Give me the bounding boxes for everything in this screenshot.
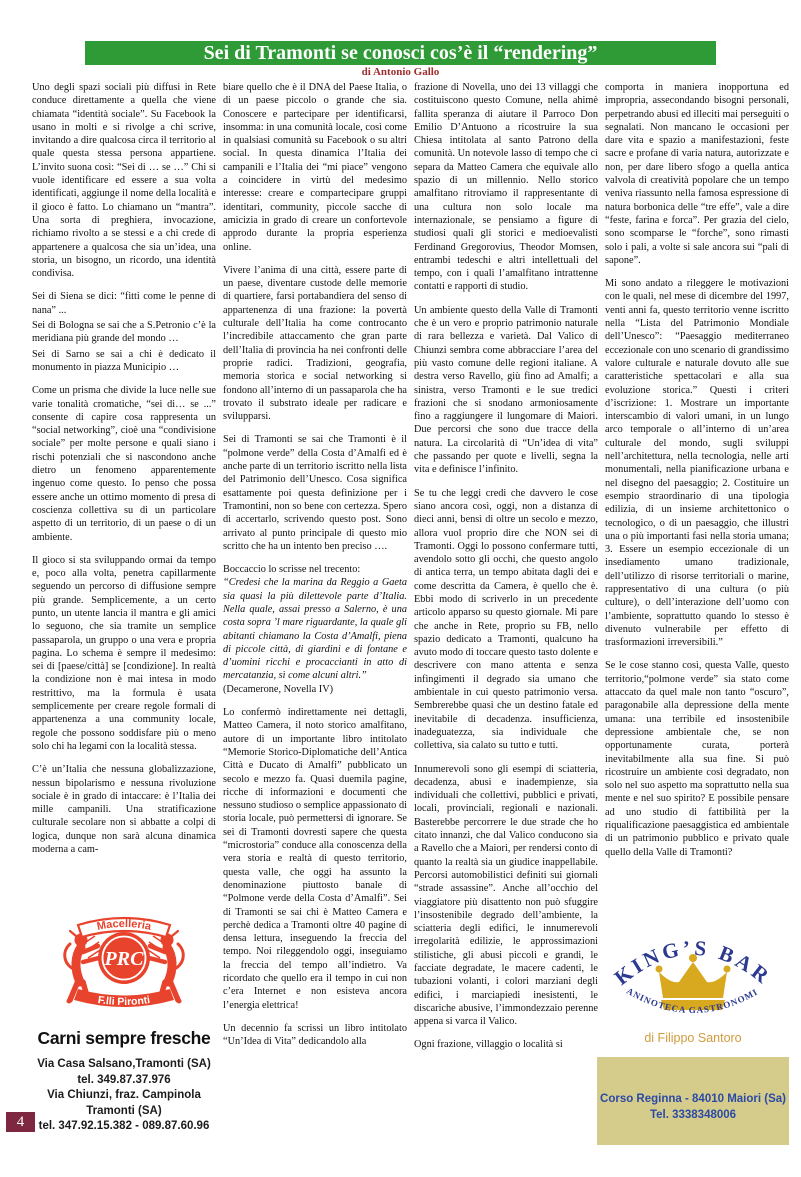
column-4-text: comporta in maniera inopportuna ed impro…: [605, 81, 789, 869]
article-paragraph: C’è un’Italia che nessuna globalizzazion…: [32, 763, 216, 856]
article-paragraph: Innumerevoli sono gli esempi di sciatter…: [414, 763, 598, 1029]
article-column-3: frazione di Novella, uno dei 13 villaggi…: [414, 81, 598, 1159]
article-paragraph: Sei di Tramonti se sai che Tramonti è il…: [223, 433, 407, 553]
article-paragraph: frazione di Novella, uno dei 13 villaggi…: [414, 81, 598, 294]
butcher-address: Via Casa Salsano,Tramonti (SA) tel. 349.…: [32, 1057, 216, 1135]
article-paragraph: Se tu che leggi credi che davvero le cos…: [414, 487, 598, 753]
butcher-address-line: Tramonti (SA): [32, 1104, 216, 1120]
article-paragraph: Un ambiente questo della Valle di Tramon…: [414, 304, 598, 477]
svg-text:F.lli Pironti: F.lli Pironti: [97, 994, 151, 1008]
kings-bar-ad: KING’S BAR PANINOTECA GASTRONOMIA di Fil…: [597, 928, 789, 1145]
mantra-line: Sei di Sarno se sai a chi è dedicato il …: [32, 348, 216, 375]
butcher-address-line: tel. 347.92.15.382 - 089.87.60.96: [32, 1119, 216, 1135]
butcher-tagline: Carni sempre fresche: [32, 1028, 216, 1049]
article-paragraph: Mi sono andato a rileggere le motivazion…: [605, 277, 789, 649]
article-column-2: biare quello che è il DNA del Paese Ital…: [223, 81, 407, 1159]
kings-bar-logo: KING’S BAR PANINOTECA GASTRONOMIA: [597, 928, 789, 1024]
newspaper-page: Sei di Tramonti se conosci cos’è il “ren…: [0, 0, 801, 1177]
kings-bar-address-line: Tel. 3338348006: [597, 1107, 789, 1123]
column-1-text: Uno degli spazi sociali più diffusi in R…: [32, 81, 216, 866]
butcher-ad: PRC Macelleria F.lli Pironti Carni sempr…: [32, 906, 216, 1135]
article-paragraph: Il gioco si sta sviluppando ormai da tem…: [32, 554, 216, 753]
article-paragraph: Un decennio fa scrissi un libro intitola…: [223, 1022, 407, 1049]
article-paragraph: comporta in maniera inopportuna ed impro…: [605, 81, 789, 267]
page-number-badge: 4: [6, 1112, 35, 1132]
article-paragraph: Lo confermò indirettamente nei dettagli,…: [223, 706, 407, 1012]
mantra-line: Sei di Bologna se sai che a S.Petronio c…: [32, 319, 216, 346]
quote-attribution: (Decamerone, Novella IV): [223, 683, 407, 696]
article-paragraph: biare quello che è il DNA del Paese Ital…: [223, 81, 407, 254]
article-header-bar: Sei di Tramonti se conosci cos’è il “ren…: [85, 41, 716, 65]
kings-bar-owner: di Filippo Santoro: [597, 1031, 789, 1045]
butcher-crest-logo: PRC Macelleria F.lli Pironti: [50, 906, 198, 1018]
butcher-address-line: Via Casa Salsano,Tramonti (SA): [32, 1057, 216, 1073]
article-paragraph: Come un prisma che divide la luce nelle …: [32, 384, 216, 544]
boccaccio-quote: “Credesi che la marina da Reggio a Gaeta…: [223, 576, 407, 682]
quote-lead-in: Boccaccio lo scrisse nel trecento:: [223, 563, 407, 576]
article-paragraph: Se le cose stanno così, questa Valle, qu…: [605, 659, 789, 858]
kings-bar-address-box: Corso Reginna - 84010 Maiori (Sa) Tel. 3…: [597, 1057, 789, 1145]
article-paragraph: Ogni frazione, villaggio o località si: [414, 1038, 598, 1051]
butcher-monogram: PRC: [104, 948, 145, 970]
butcher-banner-bottom: F.lli Pironti: [97, 994, 151, 1008]
article-paragraph: Uno degli spazi sociali più diffusi in R…: [32, 81, 216, 280]
article-byline: di Antonio Gallo: [0, 66, 801, 78]
article-title: Sei di Tramonti se conosci cos’è il “ren…: [204, 42, 598, 65]
butcher-address-line: Via Chiunzi, fraz. Campinola: [32, 1088, 216, 1104]
mantra-line: Sei di Siena se dici: “fitti come le pen…: [32, 290, 216, 317]
kings-bar-address-line: Corso Reginna - 84010 Maiori (Sa): [597, 1091, 789, 1107]
butcher-address-line: tel. 349.87.37.976: [32, 1073, 216, 1089]
article-paragraph: Vivere l’anima di una città, essere part…: [223, 264, 407, 424]
